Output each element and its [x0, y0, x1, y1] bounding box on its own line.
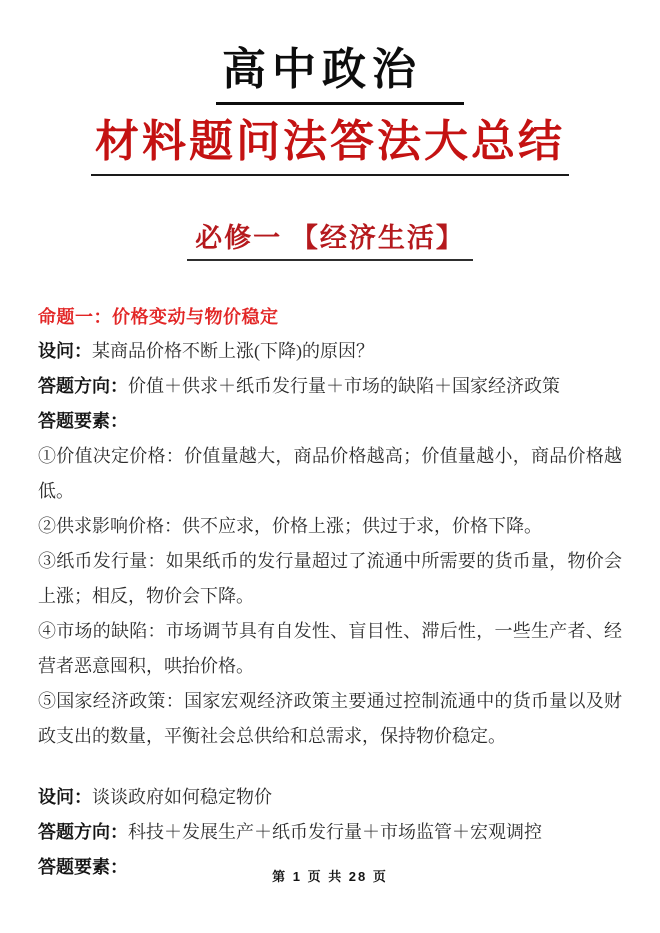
- paragraph-text: ①价值决定价格：价值量越大，商品价格越高；价值量越小，商品价格越低。: [38, 446, 622, 501]
- paragraph-label: 设问：: [38, 341, 92, 361]
- paragraph-spacer: [38, 754, 622, 780]
- document-body: 命题一：价格变动与物价稳定 设问：某商品价格不断上涨(下降)的原因？ 答题方向：…: [0, 305, 660, 885]
- document-page: 高中政治 材料题问法答法大总结 必修一 【经济生活】 命题一：价格变动与物价稳定…: [0, 0, 660, 933]
- section-row: 必修一 【经济生活】: [0, 222, 660, 261]
- page-number-footer: 第 1 页 共 28 页: [0, 866, 660, 885]
- list-item-3: ③纸币发行量：如果纸币的发行量超过了流通中所需要的货币量，物价会上涨；相反，物价…: [38, 544, 622, 614]
- document-subtitle: 材料题问法答法大总结: [91, 115, 569, 176]
- topic-heading: 命题一：价格变动与物价稳定: [38, 305, 622, 329]
- paragraph-label: 答题方向：: [38, 822, 128, 842]
- paragraph-answer-direction-1: 答题方向：价值＋供求＋纸币发行量＋市场的缺陷＋国家经济政策: [38, 369, 622, 404]
- title-row: 高中政治: [0, 44, 660, 105]
- list-item-5: ⑤国家经济政策：国家宏观经济政策主要通过控制流通中的货币量以及财政支出的数量，平…: [38, 684, 622, 754]
- paragraph-answer-elements-1: 答题要素：: [38, 404, 622, 439]
- list-item-4: ④市场的缺陷：市场调节具有自发性、盲目性、滞后性，一些生产者、经营者恶意囤积，哄…: [38, 614, 622, 684]
- paragraph-text: ④市场的缺陷：市场调节具有自发性、盲目性、滞后性，一些生产者、经营者恶意囤积，哄…: [38, 621, 622, 676]
- list-item-1: ①价值决定价格：价值量越大，商品价格越高；价值量越小，商品价格越低。: [38, 439, 622, 509]
- paragraph-text: ②供求影响价格：供不应求，价格上涨；供过于求，价格下降。: [38, 516, 542, 536]
- list-item-2: ②供求影响价格：供不应求，价格上涨；供过于求，价格下降。: [38, 509, 622, 544]
- paragraph-text: 科技＋发展生产＋纸币发行量＋市场监管＋宏观调控: [128, 822, 542, 842]
- subtitle-row: 材料题问法答法大总结: [0, 115, 660, 176]
- paragraph-text: ⑤国家经济政策：国家宏观经济政策主要通过控制流通中的货币量以及财政支出的数量，平…: [38, 691, 622, 746]
- paragraph-text: 价值＋供求＋纸币发行量＋市场的缺陷＋国家经济政策: [128, 376, 560, 396]
- paragraph-question-1: 设问：某商品价格不断上涨(下降)的原因？: [38, 334, 622, 369]
- paragraph-text: 谈谈政府如何稳定物价: [92, 787, 272, 807]
- section-heading: 必修一 【经济生活】: [187, 222, 473, 261]
- paragraph-label: 答题方向：: [38, 376, 128, 396]
- document-title: 高中政治: [216, 44, 464, 105]
- paragraph-answer-direction-2: 答题方向：科技＋发展生产＋纸币发行量＋市场监管＋宏观调控: [38, 815, 622, 850]
- paragraph-question-2: 设问：谈谈政府如何稳定物价: [38, 780, 622, 815]
- paragraph-label: 设问：: [38, 787, 92, 807]
- paragraph-text: 某商品价格不断上涨(下降)的原因？: [92, 341, 374, 361]
- paragraph-label: 答题要素：: [38, 411, 128, 431]
- paragraph-text: ③纸币发行量：如果纸币的发行量超过了流通中所需要的货币量，物价会上涨；相反，物价…: [38, 551, 622, 606]
